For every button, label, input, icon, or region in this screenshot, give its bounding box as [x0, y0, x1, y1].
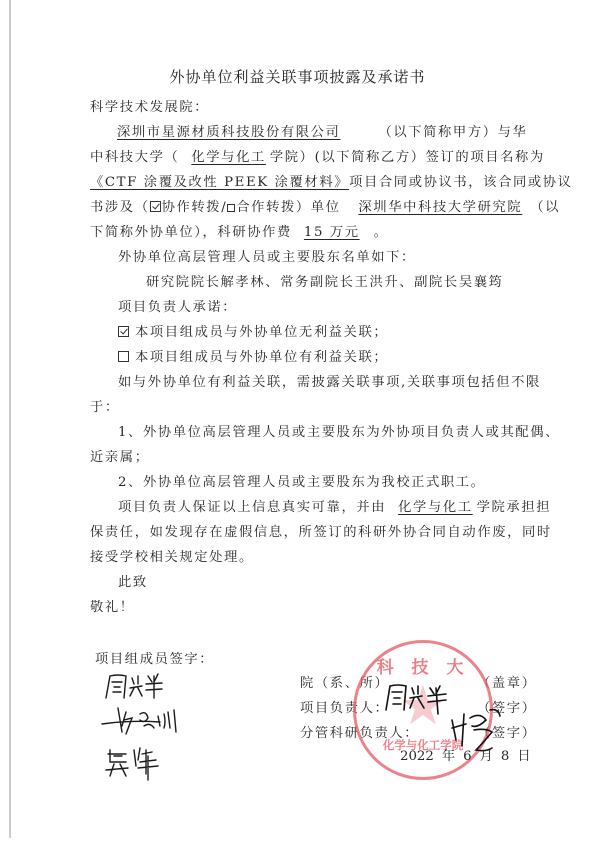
date-month-unit: 月 — [480, 749, 493, 764]
para1-line2: 中科技大学（化学与化工学院）(以下简称乙方）签订的项目名称为 — [90, 146, 522, 165]
fee-value: 15 万元 — [292, 225, 374, 240]
checkbox-has-interest: 本项目组成员与外协单位有利益关联； — [118, 346, 550, 365]
line2-prefix: 中科技大学（ — [90, 150, 179, 165]
college-name: 化学与化工 — [179, 150, 269, 165]
unit-name: 深圳华中科技大学研究院 — [346, 200, 530, 215]
checkbox-label: 本项目组成员与外协单位有利益关联； — [135, 350, 388, 365]
para1-line5: 下简称外协单位），科研协作费15 万元。 — [90, 221, 522, 240]
closing-ci-zhi: 此致 — [118, 571, 550, 590]
addressee: 科学技术发展院： — [90, 96, 522, 115]
line5-prefix: 下简称外协单位），科研协作费 — [90, 225, 292, 240]
document-title: 外协单位利益关联事项披露及承诺书 — [0, 66, 595, 87]
disclosure-line2: 于： — [90, 396, 522, 415]
project-name: 《CTF 涂覆及改性 PEEK 涂覆材料》 — [90, 175, 349, 190]
line2-suffix: 学院）(以下简称乙方）签订的项目名称为 — [270, 150, 545, 165]
party-a-name: 深圳市星源材质科技股份有限公司 — [103, 125, 378, 140]
checkbox-checked-icon — [150, 201, 161, 212]
management-heading: 外协单位高层管理人员或主要股东名单如下： — [118, 246, 550, 265]
date-day-unit: 日 — [517, 749, 530, 764]
guarantee-college: 化学与化工 — [386, 500, 476, 515]
guarantee-prefix: 项目负责人保证以上信息真实可靠，并由 — [118, 500, 386, 515]
guarantee-suffix: 学院承担担 — [477, 500, 551, 515]
line5-suffix: 。 — [374, 225, 389, 240]
item2: 2、外协单位高层管理人员或主要股东为我校正式职工。 — [118, 471, 550, 490]
option-checked: 协作转拨 — [162, 200, 222, 215]
date-month: 6 — [463, 749, 471, 764]
line4-suffix: （以 — [530, 200, 560, 215]
date-year: 2022 — [400, 749, 434, 764]
line4-mid: ）单位 — [296, 200, 341, 215]
line3-suffix: 项目合同或协议书，该合同或协议 — [349, 175, 572, 190]
scan-edge-line — [9, 0, 11, 838]
para1-line4: 书涉及（协作转拨/合作转拨）单位 深圳华中科技大学研究院（以 — [90, 196, 522, 215]
para1-line1: 深圳市星源材质科技股份有限公司（以下简称甲方）与华 — [103, 121, 535, 140]
para1-line3: 《CTF 涂覆及改性 PEEK 涂覆材料》项目合同或协议书，该合同或协议 — [90, 171, 522, 190]
item1-line2: 近亲属； — [90, 446, 522, 465]
option-unchecked: 合作转拨 — [236, 200, 296, 215]
checkbox-no-interest: 本项目组成员与外协单位无利益关联； — [118, 321, 550, 340]
guarantee-line1: 项目负责人保证以上信息真实可靠，并由化学与化工学院承担担 — [118, 496, 550, 515]
checkbox-checked-icon — [118, 326, 129, 337]
checkbox-unchecked-icon — [227, 204, 235, 212]
guarantee-line2: 保责任，如发现存在虚假信息，所签订的科研外协合同自动作废，同时 — [90, 521, 522, 540]
commitment-heading: 项目负责人承诺： — [118, 296, 550, 315]
checkbox-unchecked-icon — [118, 351, 129, 362]
date-day: 8 — [501, 749, 509, 764]
disclosure-line1: 如与外协单位有利益关联，需披露关联事项,关联事项包括但不限 — [118, 371, 550, 390]
management-list: 研究院院长解孝林、常务副院长王洪升、副院长吴襄筠 — [146, 271, 578, 290]
signing-date: 2022年6月8日 — [400, 745, 539, 764]
checkbox-label: 本项目组成员与外协单位无利益关联； — [135, 325, 388, 340]
guarantee-line3: 接受学校相关规定处理。 — [90, 546, 522, 565]
member-signatures-handwriting — [100, 670, 220, 780]
date-year-unit: 年 — [442, 749, 455, 764]
document-page: 外协单位利益关联事项披露及承诺书 科学技术发展院： 深圳市星源材质科技股份有限公… — [0, 0, 595, 842]
line4-prefix: 书涉及（ — [90, 200, 150, 215]
item1-line1: 1、外协单位高层管理人员或主要股东为外协项目负责人或其配偶、 — [118, 421, 550, 440]
party-a-suffix: （以下简称甲方）与华 — [378, 125, 527, 140]
closing-jing-li: 敬礼！ — [90, 596, 522, 615]
